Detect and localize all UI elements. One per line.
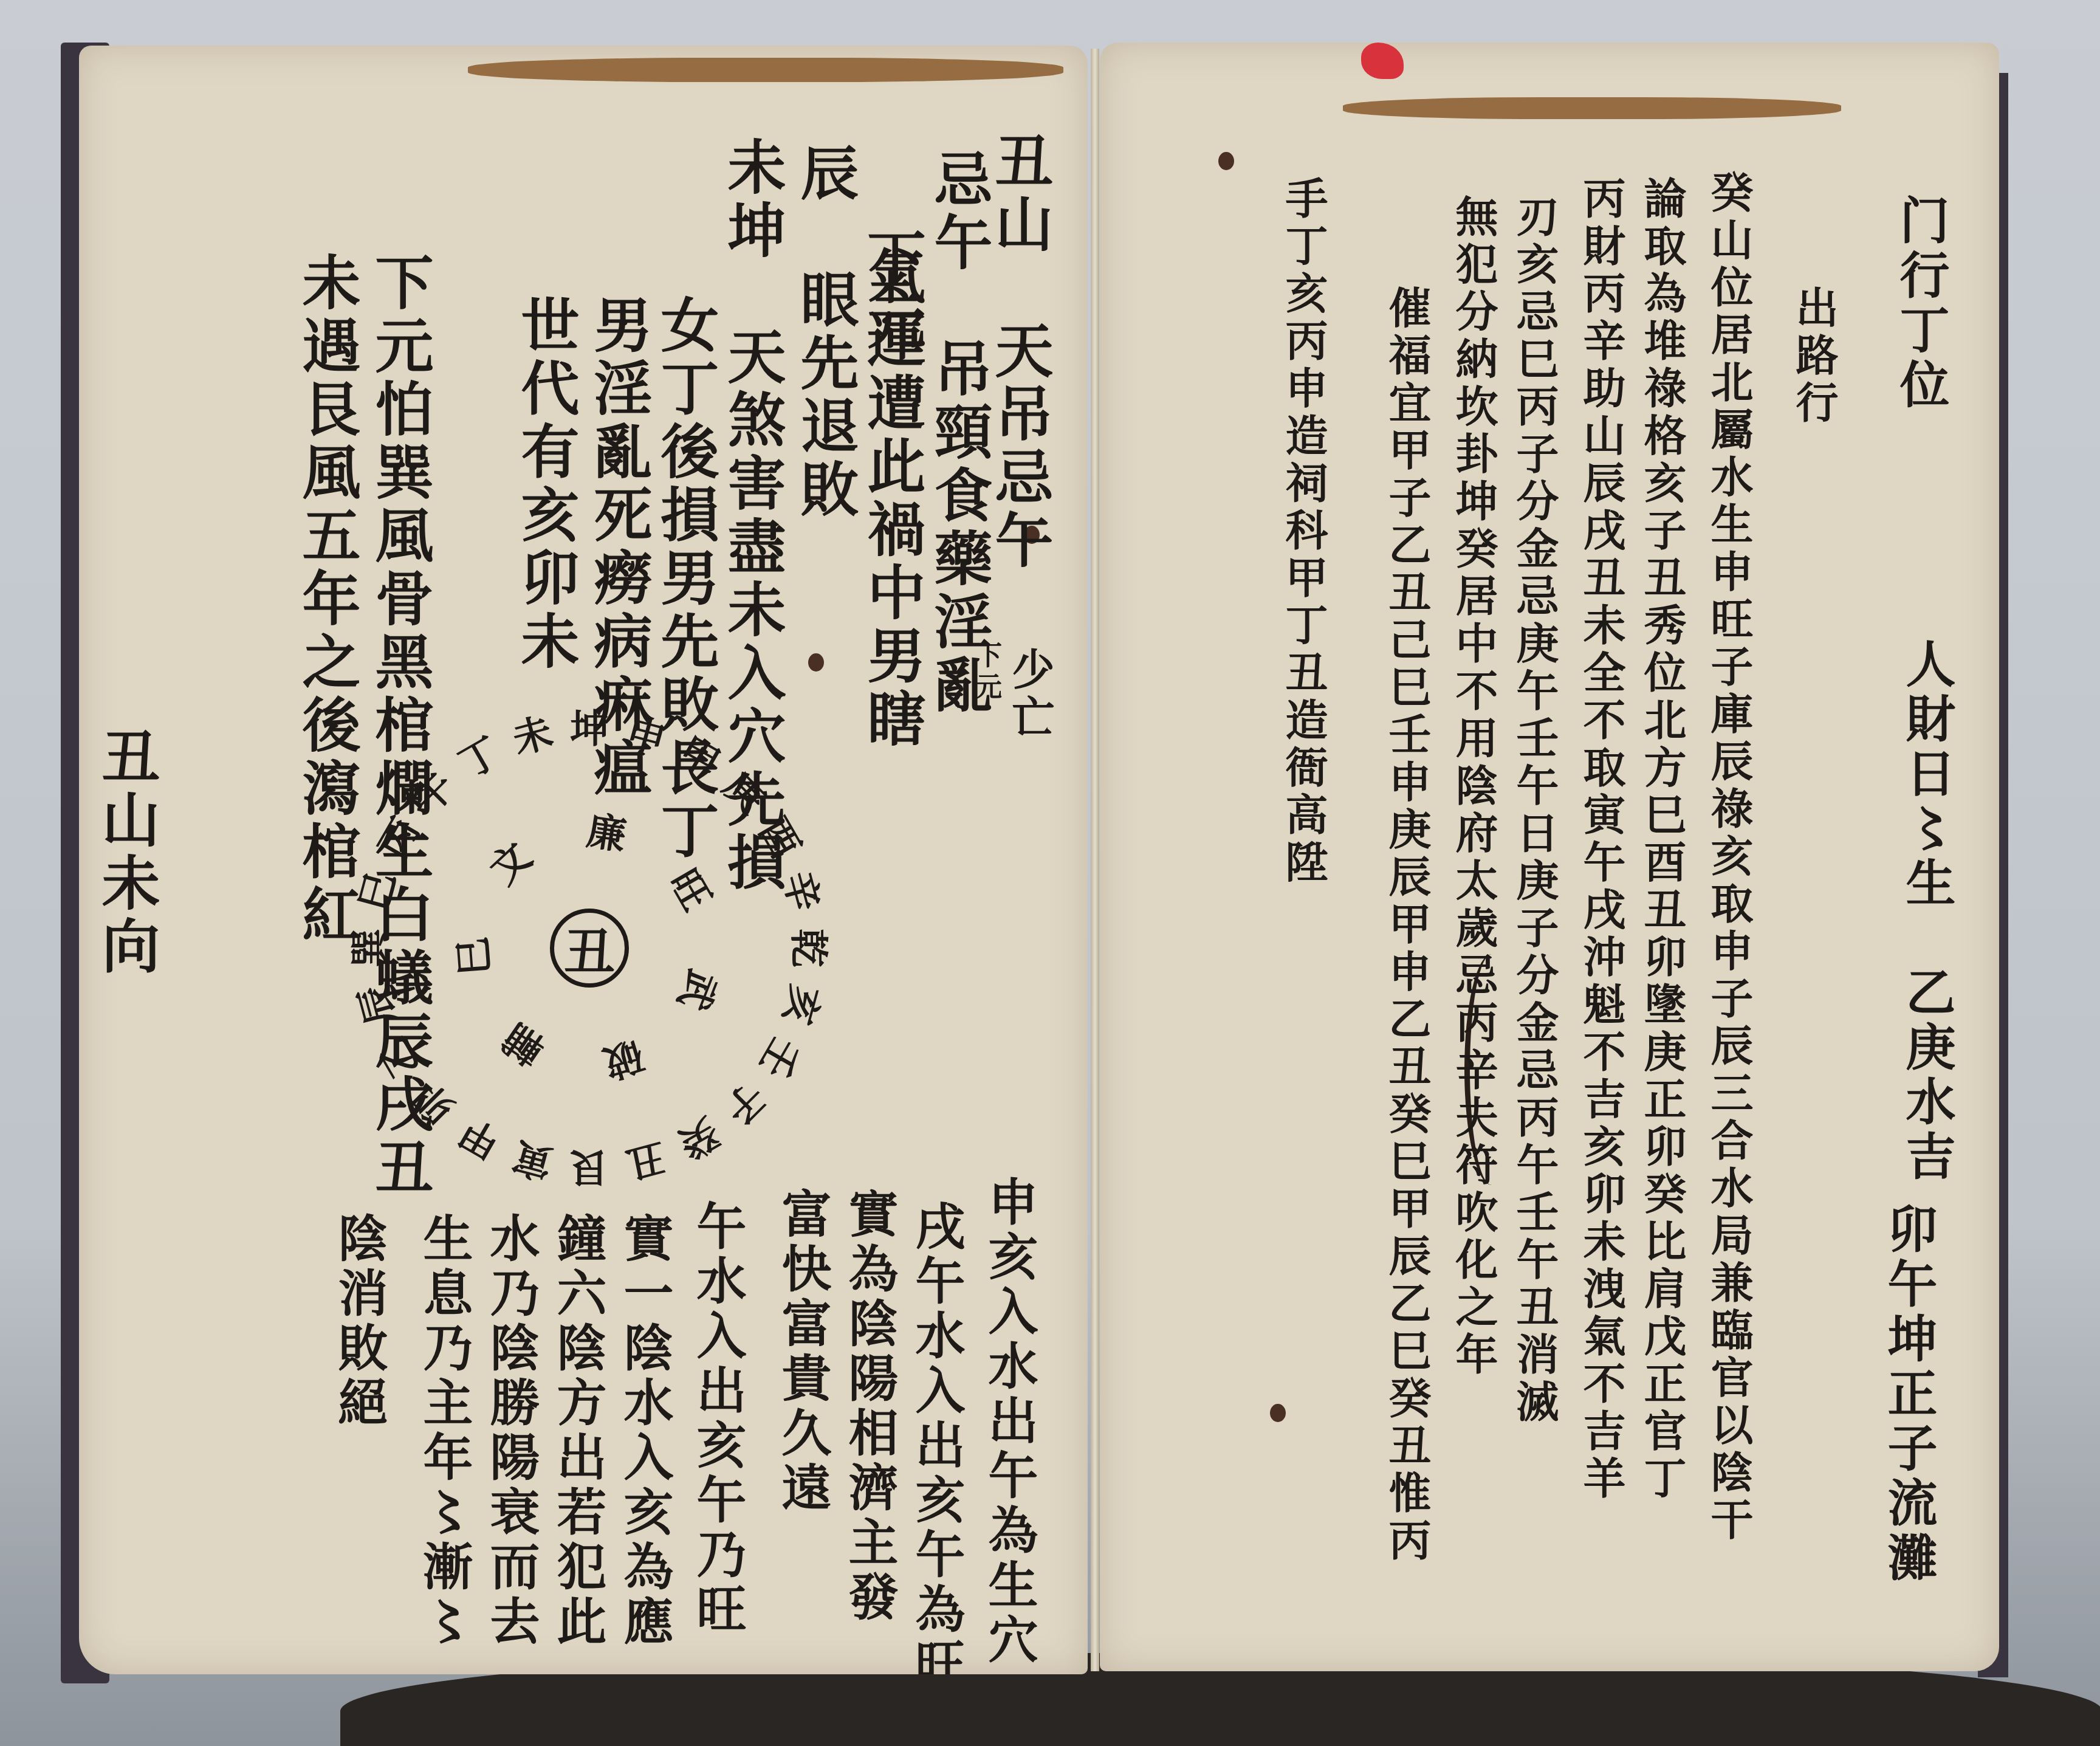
text-column: 無犯分納坎卦坤癸居中不用陰府太歲忌丙辛夫符吹化之年 [1452,194,1495,1380]
compass-glyph: 輔 [490,1009,558,1077]
text-column: 丙財丙辛助山辰戌丑未全不取寅午戌沖魁不吉亥卯未洩氣不吉羊 [1580,176,1622,1504]
compass-glyph: 巳 [448,930,501,983]
compass-glyph: 巳 [348,862,408,921]
worm-damage-top [468,58,1063,82]
text-column: 鐘六陰方出若犯此 [553,1212,603,1650]
compass-glyph: 旺 [656,857,722,923]
luopan-compass-diagram: 丑 旺武破輔巳文廉 甲庚酉辛乾亥壬子癸丑艮寅甲卯乙辰巽巳丙午丁未坤申 [340,699,839,1197]
text-column: 實為陰陽相濟主發 [845,1188,894,1626]
text-column: 水乃陰勝陽衰而去 [486,1212,536,1650]
compass-glyph: 乾 [784,924,832,972]
compass-glyph: 文 [476,829,545,898]
compass-glyph: 廉 [579,806,634,862]
text-column: 陰消敗絕 [334,1212,384,1431]
text-column: 世代有亥卯未 [516,295,575,674]
compass-glyph: 巽 [346,924,395,972]
text-column: 辰 眼先退敗 [796,143,854,522]
right-page: 门行丁位 人財日〻生 乙庚水吉 卯午坤正子流灘 出路行 癸山位居北屬水生申旺子庫… [1100,43,1999,1671]
text-column: 丑山 天吊忌午 [990,131,1049,573]
compass-glyph: 寅 [503,1130,563,1189]
heading-column: 门行丁位 [1896,194,1946,413]
text-column: 氣運遭此禍中男瞎 [863,246,921,752]
text-column: 刃亥忌巳丙子分金忌庚午壬午日庚子分金忌丙午壬午丑消滅 [1513,194,1556,1427]
compass-glyph: 辛 [771,862,831,921]
compass-glyph: 亥 [771,975,831,1034]
worm-damage-top [1343,97,1841,119]
subheading-column: 出路行 [1793,286,1835,428]
small-annotation: 少亡 [1009,647,1051,742]
worm-hole [1218,152,1234,170]
text-column: 癸山位居北屬水生申旺子庫辰祿亥取申子辰三合水局兼臨官以陰干 [1707,170,1750,1545]
text-column: 富快富貴久遠 [778,1188,828,1516]
text-column: 手丁亥丙申造祠科甲丁丑造衙高陞 [1282,176,1325,887]
small-annotation: 下元 [972,641,999,704]
compass-glyph: 武 [665,959,729,1022]
text-column: 實一陰水入亥為應 [620,1212,670,1650]
text-column: 人財日〻生 乙庚水吉 [1902,638,1952,1185]
compass-glyph: 艮 [565,1143,614,1191]
worm-hole [1270,1404,1286,1422]
compass-glyph: 未 [503,707,563,766]
compass-glyph: 辰 [348,975,408,1034]
compass-glyph: 丑 [616,1130,676,1189]
compass-glyph: 申 [616,707,676,766]
book-gutter [1091,49,1099,1671]
text-column: 催福宜甲子乙丑己巳壬申庚辰甲申乙丑癸巳甲辰乙巳癸丑惟丙 [1385,286,1428,1566]
orientation-label: 丑山未向 [97,726,156,979]
compass-glyph: 破 [593,1028,654,1089]
text-column: 申亥入水出午為生穴 [984,1176,1034,1668]
text-column: 戌午水入出亥午為旺 [911,1200,961,1674]
text-column: 忌午 吊頸食藥淫亂 [930,149,988,718]
worm-hole [808,653,824,672]
center-chou-glyph: 丑 [550,909,629,988]
compass-glyph: 坤 [565,705,614,754]
text-column: 生息乃主年〻漸〻 [419,1212,469,1650]
text-column: 論取為堆祿格亥子丑秀位北方巳酉丑卯墬庚正卯癸比肩戊正官丁 [1641,176,1683,1504]
text-column: 午水入出亥午乃旺 [693,1200,743,1638]
text-column: 卯午坤正子流灘 [1884,1203,1934,1586]
